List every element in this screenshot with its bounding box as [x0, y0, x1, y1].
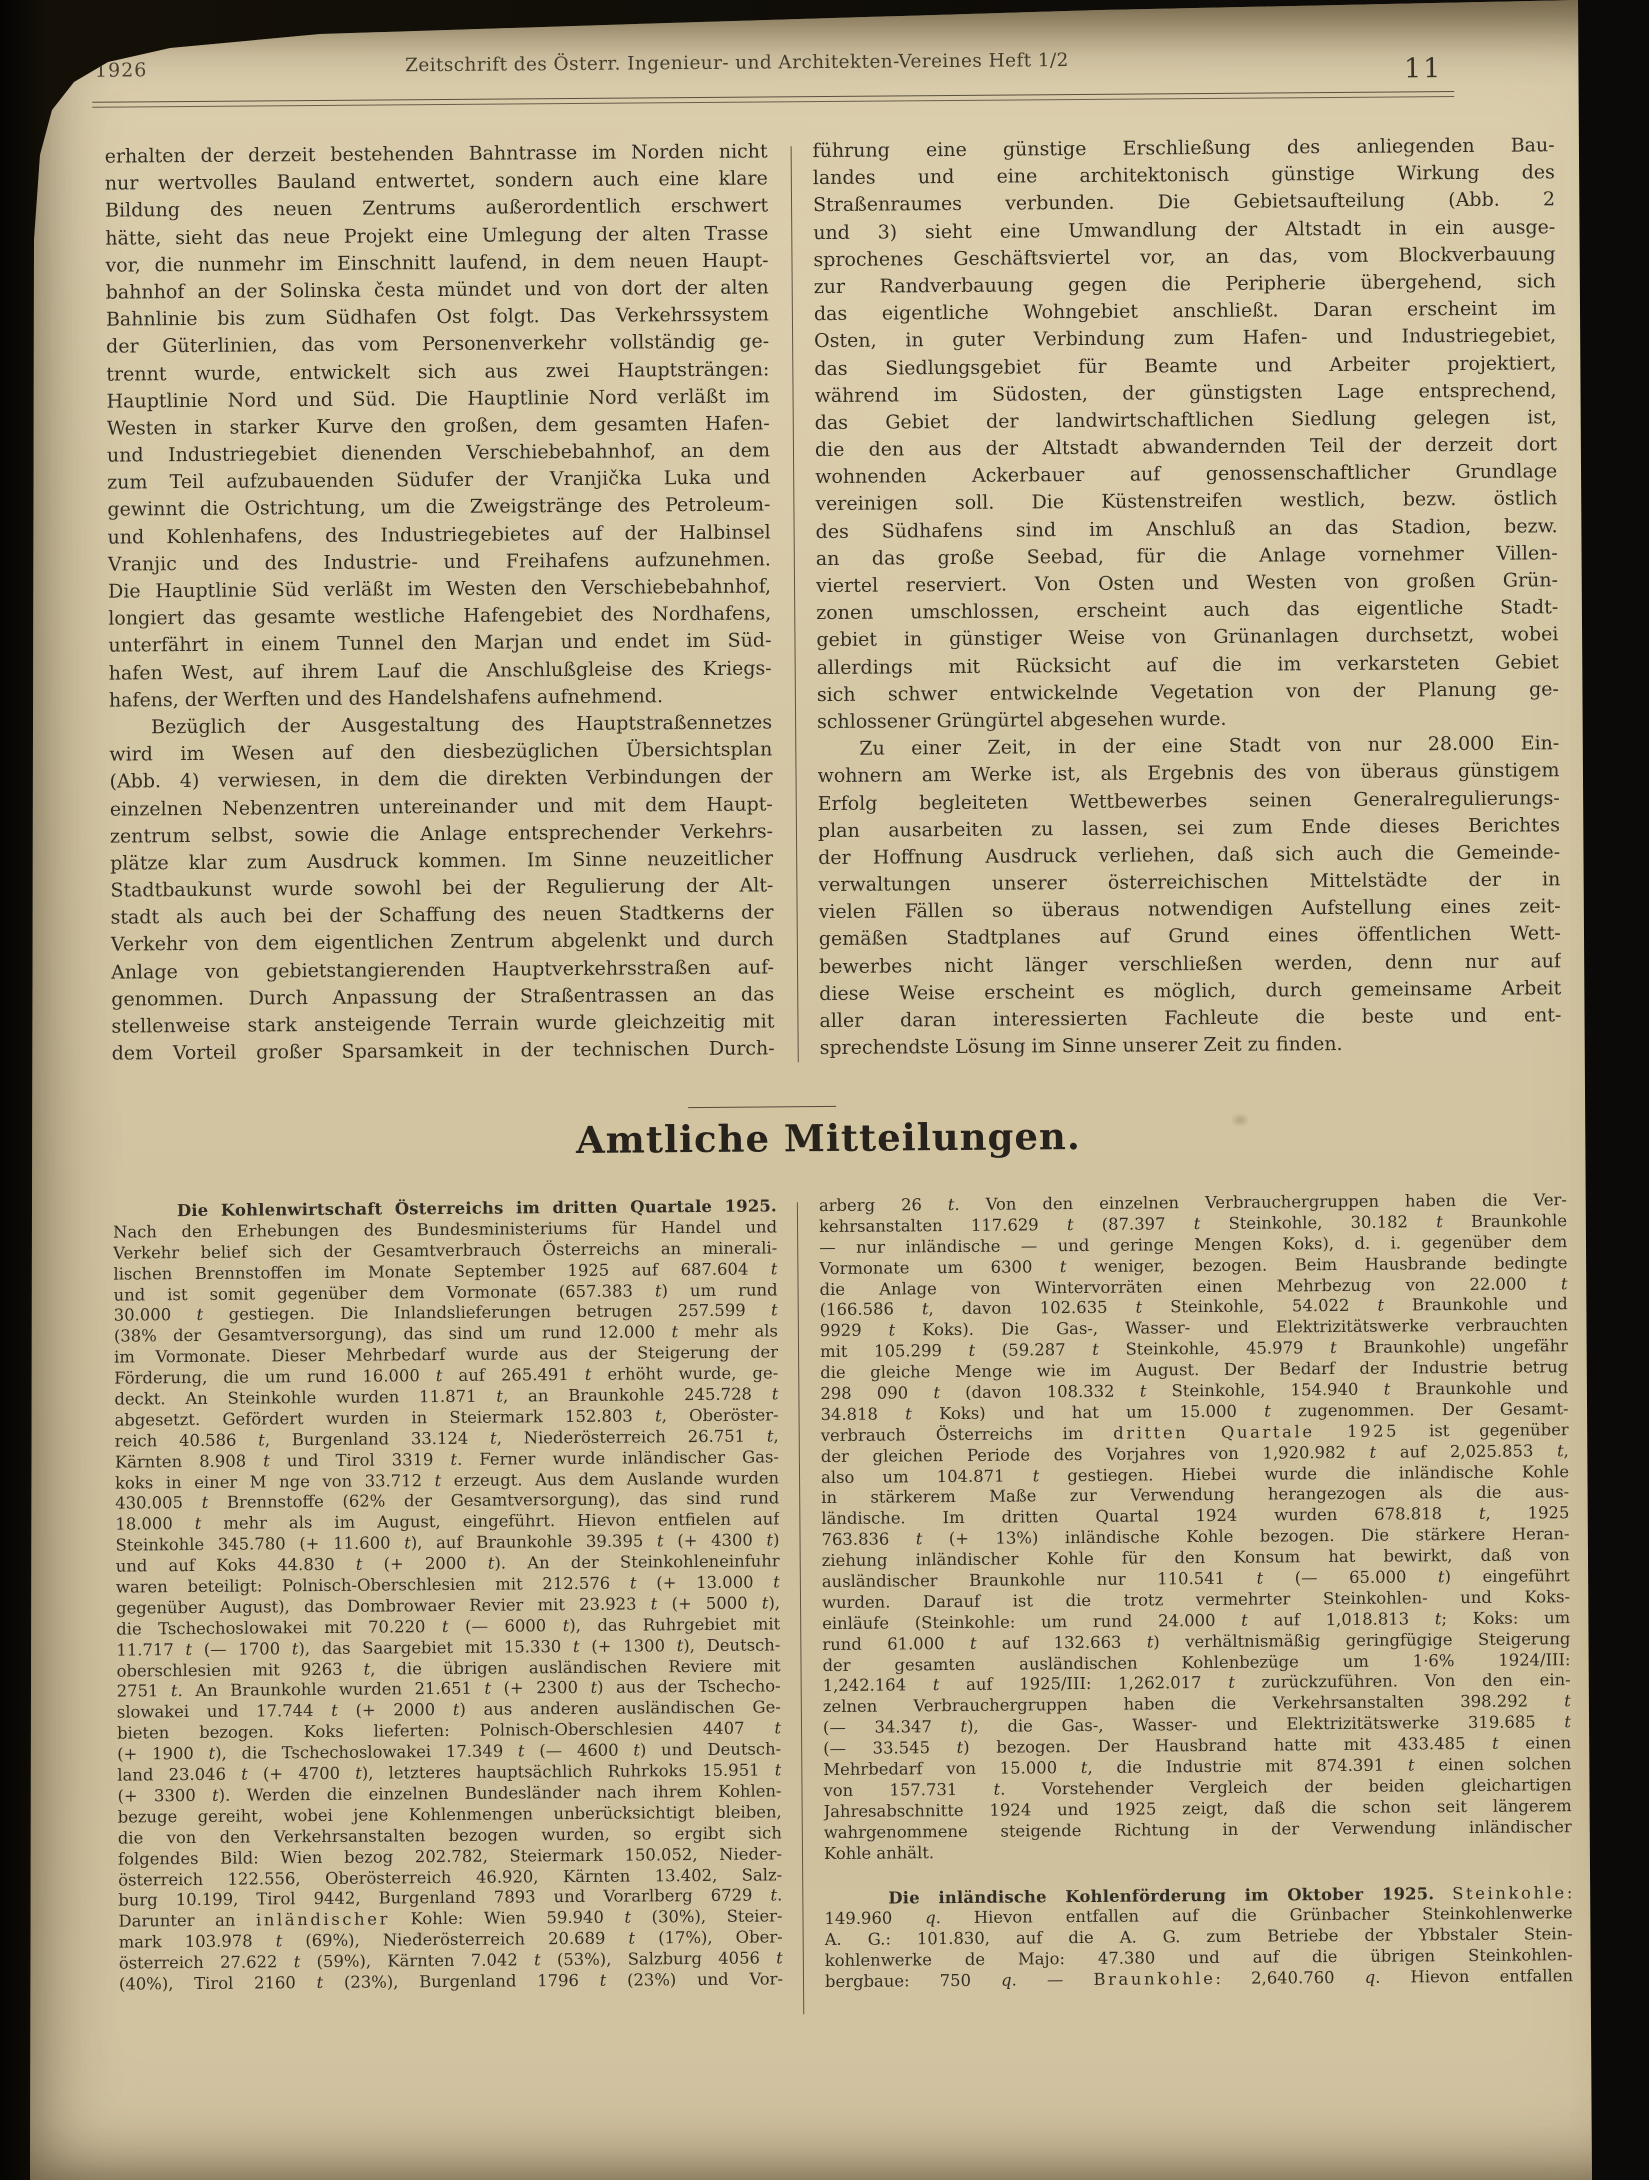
paper-sheet: 1926 Zeitschrift des Österr. Ingenieur- … [0, 0, 1649, 2180]
scan-edge-shading [0, 0, 1649, 2180]
scanned-journal-page: 1926 Zeitschrift des Österr. Ingenieur- … [0, 0, 1649, 2180]
